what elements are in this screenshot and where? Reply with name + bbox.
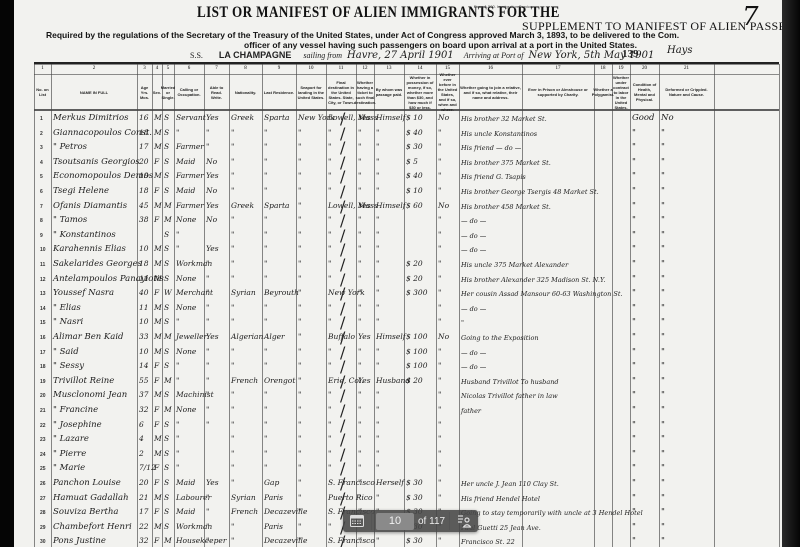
destination-cell: S. Francisco xyxy=(328,536,375,545)
sex-cell: M xyxy=(154,493,162,502)
relative-cell: Her uncle J. Jean 110 Clay St. xyxy=(461,480,559,488)
seaport-cell: " xyxy=(298,317,301,326)
page-number-input[interactable] xyxy=(376,513,414,530)
seaport-cell: " xyxy=(298,274,301,283)
sex-cell: M xyxy=(154,201,162,210)
marital-cell: S xyxy=(164,230,169,239)
paid-by-cell: " xyxy=(376,405,379,414)
deformed-cell: " xyxy=(661,507,665,517)
paid-by-cell: " xyxy=(376,303,379,312)
nationality-cell: " xyxy=(231,142,234,151)
row-number: 6 xyxy=(40,189,43,195)
paid-by-cell: " xyxy=(376,157,379,166)
name-cell: Musclonomi Jean xyxy=(53,390,127,400)
top-note: Hays xyxy=(667,45,692,56)
sex-cell: F xyxy=(154,376,159,385)
nationality-cell: French xyxy=(231,507,258,516)
age-cell: 18 xyxy=(139,186,149,195)
ticket-cell: Yes xyxy=(358,201,371,210)
previous-visit-cell: " xyxy=(438,478,441,487)
sex-cell: M xyxy=(154,128,162,137)
row-number: 20 xyxy=(40,393,46,399)
column-number: 6 xyxy=(174,66,204,71)
marital-cell: S xyxy=(164,128,169,137)
marital-cell: S xyxy=(164,113,169,122)
deformed-cell: " xyxy=(661,434,665,444)
marital-cell: S xyxy=(164,347,169,356)
health-cell: " xyxy=(632,390,636,400)
column-header: Whether going to join a relative, and if… xyxy=(460,77,521,107)
row-number: 16 xyxy=(40,335,46,341)
residence-cell: Paris xyxy=(264,522,283,531)
nationality-cell: " xyxy=(231,317,234,326)
health-cell: " xyxy=(632,361,636,371)
deformed-cell: " xyxy=(661,288,665,298)
deformed-cell: " xyxy=(661,128,665,138)
age-cell: 55 xyxy=(139,376,149,385)
ticket-cell: " xyxy=(358,347,361,356)
name-cell: Tsoutsanis Georgios xyxy=(53,157,140,167)
occupation-cell: None xyxy=(176,274,196,283)
ticket-cell: Yes xyxy=(358,376,371,385)
age-cell: 32 xyxy=(139,536,149,545)
thumbnails-button[interactable] xyxy=(347,512,367,530)
health-cell: " xyxy=(632,288,636,298)
deformed-cell: " xyxy=(661,536,665,546)
manifest-row: 19Trivillot Reine55FM""FrenchOrengot"Eri… xyxy=(34,375,779,390)
marital-cell: M xyxy=(164,215,172,224)
occupation-cell: " xyxy=(176,420,179,429)
age-cell: 10 xyxy=(139,244,149,253)
arriving-label: Arriving at Port of xyxy=(464,51,524,60)
column-header: Whether ever before in the United States… xyxy=(437,77,458,107)
occupation-cell: Jeweller xyxy=(176,332,207,341)
previous-visit-cell: " xyxy=(438,405,441,414)
seaport-cell: " xyxy=(298,215,301,224)
column-header: By whom was passage paid. xyxy=(375,77,403,107)
paid-by-cell: " xyxy=(376,288,379,297)
deformed-cell: " xyxy=(661,332,665,342)
money-cell: $ 100 xyxy=(406,361,427,370)
column-number: 17 xyxy=(522,66,594,71)
residence-cell: " xyxy=(264,303,267,312)
column-header: No. on List xyxy=(35,77,50,107)
money-cell: $ 20 xyxy=(406,376,423,385)
deformed-cell: " xyxy=(661,303,665,313)
health-cell: " xyxy=(632,244,636,254)
name-cell: " Lazare xyxy=(53,434,89,444)
scan-left-edge xyxy=(0,0,14,547)
health-cell: " xyxy=(632,420,636,430)
manifest-row: 6Tsegi Helene18FSMaidNo""""""$ 10"His br… xyxy=(34,185,779,200)
deformed-cell: " xyxy=(661,493,665,503)
sex-cell: M xyxy=(154,390,162,399)
marital-cell: S xyxy=(164,157,169,166)
nationality-cell: " xyxy=(231,128,234,137)
deformed-cell: " xyxy=(661,390,665,400)
column-header: Ever in Prison or Almshouse or supported… xyxy=(523,77,593,107)
relative-cell: His friend — do — xyxy=(461,144,521,152)
list-number: 139 xyxy=(622,48,639,60)
marital-cell: S xyxy=(164,507,169,516)
seaport-cell: " xyxy=(298,434,301,443)
marital-cell: M xyxy=(164,536,172,545)
name-cell: Giannacopoulos Const. xyxy=(53,128,152,138)
paid-by-cell: Herself xyxy=(376,478,404,487)
occupation-cell: Maid xyxy=(176,507,195,516)
destination-cell: " xyxy=(328,434,331,443)
row-number: 5 xyxy=(40,174,43,180)
row-number: 19 xyxy=(40,379,46,385)
manifest-row: 10Karahennis Elias10MS"Yes"""""""— do —"… xyxy=(34,243,779,258)
age-cell: 17 xyxy=(139,507,149,516)
seaport-cell: " xyxy=(298,332,301,341)
paid-by-cell: " xyxy=(376,390,379,399)
destination-cell: " xyxy=(328,420,331,429)
row-number: 28 xyxy=(40,510,46,516)
marital-cell: S xyxy=(164,171,169,180)
ticket-cell: " xyxy=(358,405,361,414)
health-cell: " xyxy=(632,522,636,532)
marital-cell: S xyxy=(164,478,169,487)
column-number: 19 xyxy=(612,66,630,71)
destination-cell: " xyxy=(328,274,331,283)
destination-cell: " xyxy=(328,405,331,414)
residence-cell: " xyxy=(264,274,267,283)
previous-visit-cell: " xyxy=(438,186,441,195)
money-cell: $ 5 xyxy=(406,157,418,166)
manifest-row: 11Sakelarides Georges18MSWorkman"""""""$… xyxy=(34,258,779,273)
age-cell: 16 xyxy=(139,113,149,122)
voyage-line: S.S. LA CHAMPAGNE sailing from Havre, 27… xyxy=(190,50,654,61)
previous-visit-cell: " xyxy=(438,376,441,385)
manifest-row: 26Panchon Louise20FSMaidYes"Gap"S. Franc… xyxy=(34,477,779,492)
ticket-cell: " xyxy=(358,536,361,545)
occupation-cell: Farmer xyxy=(176,201,204,210)
marital-cell: M xyxy=(164,332,172,341)
health-cell: " xyxy=(632,259,636,269)
literacy-cell: " xyxy=(206,128,209,137)
ticket-cell: " xyxy=(358,463,361,472)
sex-cell: F xyxy=(154,361,159,370)
health-cell: " xyxy=(632,347,636,357)
paid-by-cell: " xyxy=(376,259,379,268)
deformed-cell: " xyxy=(661,449,665,459)
marital-cell: S xyxy=(164,420,169,429)
age-cell: 18 xyxy=(139,259,149,268)
paid-by-cell: " xyxy=(376,449,379,458)
nationality-cell: " xyxy=(231,463,234,472)
seaport-cell: " xyxy=(298,259,301,268)
previous-visit-cell: " xyxy=(438,347,441,356)
column-header: Calling or Occupation. xyxy=(175,77,203,107)
column-number: 15 xyxy=(436,66,459,71)
paid-by-cell: " xyxy=(376,317,379,326)
health-cell: " xyxy=(632,463,636,473)
seaport-cell: " xyxy=(298,449,301,458)
marital-cell: S xyxy=(164,186,169,195)
deformed-cell: " xyxy=(661,186,665,196)
paid-by-cell: " xyxy=(376,420,379,429)
toolbar-separator xyxy=(449,512,450,530)
name-cell: Sakelarides Georges xyxy=(53,259,142,269)
name-cell: " Tamos xyxy=(53,215,87,225)
deformed-cell: " xyxy=(661,405,665,415)
name-cell: " Josephine xyxy=(53,420,102,430)
destination-cell: " xyxy=(328,259,331,268)
literacy-cell: No xyxy=(206,186,217,195)
destination-cell: " xyxy=(328,128,331,137)
ticket-cell: Yes xyxy=(358,113,371,122)
destination-cell: " xyxy=(328,186,331,195)
occupation-cell: None xyxy=(176,405,196,414)
residence-cell: " xyxy=(264,186,267,195)
destination-cell: " xyxy=(328,347,331,356)
paid-by-cell: " xyxy=(376,230,379,239)
destination-cell: " xyxy=(328,361,331,370)
marital-cell: S xyxy=(164,522,169,531)
column-number: 4 xyxy=(152,66,162,71)
nationality-cell: " xyxy=(231,347,234,356)
sex-cell: M xyxy=(154,434,162,443)
seaport-cell: " xyxy=(298,536,301,545)
seaport-cell: " xyxy=(298,405,301,414)
deformed-cell: " xyxy=(661,244,665,254)
age-cell: 10 xyxy=(139,347,149,356)
sex-cell: F xyxy=(154,478,159,487)
destination-cell: " xyxy=(328,244,331,253)
literacy-cell: " xyxy=(206,536,209,545)
residence-cell: " xyxy=(264,259,267,268)
nationality-cell: Greek xyxy=(231,113,254,122)
residence-cell: " xyxy=(264,142,267,151)
previous-visit-cell: No xyxy=(438,332,449,341)
money-cell: $ 100 xyxy=(406,332,427,341)
nationality-cell: " xyxy=(231,171,234,180)
paid-by-cell: " xyxy=(376,274,379,283)
literacy-cell: No xyxy=(206,215,217,224)
residence-cell: " xyxy=(264,171,267,180)
sex-cell: M xyxy=(154,332,162,341)
health-cell: " xyxy=(632,128,636,138)
row-number: 22 xyxy=(40,423,46,429)
health-cell: " xyxy=(632,171,636,181)
column-number: 21 xyxy=(659,66,714,71)
paid-by-cell: " xyxy=(376,493,379,502)
paid-by-cell: " xyxy=(376,128,379,137)
ticket-cell: " xyxy=(358,317,361,326)
required-line-1: Required by the regulations of the Secre… xyxy=(46,30,679,40)
column-number: 2 xyxy=(51,66,137,71)
previous-visit-cell: " xyxy=(438,274,441,283)
manifest-row: 17" Said10MSNone"""""""$ 100"— do —""/ xyxy=(34,346,779,361)
row-number: 14 xyxy=(40,306,46,312)
name-cell: Karahennis Elias xyxy=(53,244,126,254)
ticket-cell: " xyxy=(358,303,361,312)
nationality-cell: " xyxy=(231,536,234,545)
manifest-page-image: LIST OR MANIFEST OF ALIEN IMMIGRANTS FOR… xyxy=(12,0,782,547)
column-number: 8 xyxy=(229,66,262,71)
name-cell: " Marie xyxy=(53,463,85,473)
column-header: Final destination in the United States. … xyxy=(327,77,355,107)
destination-cell: " xyxy=(328,449,331,458)
row-number: 29 xyxy=(40,525,46,531)
sex-cell: M xyxy=(154,113,162,122)
column-number: 11 xyxy=(326,66,356,71)
row-number: 24 xyxy=(40,452,46,458)
sex-cell: M xyxy=(154,347,162,356)
deformed-cell: " xyxy=(661,201,665,211)
name-cell: Hamuat Gadallah xyxy=(53,493,129,503)
scan-right-edge xyxy=(782,0,800,547)
row-number: 11 xyxy=(40,262,45,268)
paid-by-cell: " xyxy=(376,347,379,356)
manifest-row: 13Youssef Nasra40FWMerchant"SyrianBeyrou… xyxy=(34,287,779,302)
column-number: 12 xyxy=(356,66,374,71)
money-cell: $ 60 xyxy=(406,201,423,210)
age-cell: 20 xyxy=(139,478,149,487)
previous-visit-cell: " xyxy=(438,449,441,458)
ticket-cell: " xyxy=(358,259,361,268)
ticket-cell: " xyxy=(358,390,361,399)
row-number: 15 xyxy=(40,320,46,326)
literacy-cell: " xyxy=(206,347,209,356)
occupation-cell: " xyxy=(176,244,179,253)
age-cell: 20 xyxy=(139,157,149,166)
manifest-row: 12Antelampoulos Panayiotis11MSNone""""""… xyxy=(34,273,779,288)
sailing-label: sailing from xyxy=(303,51,342,60)
marital-cell: S xyxy=(164,142,169,151)
column-header: Last Residence. xyxy=(263,77,295,107)
column-number: 1 xyxy=(34,66,51,71)
column-header: Age Yrs. Mos. xyxy=(138,77,151,107)
previous-visit-cell: " xyxy=(438,244,441,253)
seaport-cell: " xyxy=(298,376,301,385)
relative-cell: — do — xyxy=(461,349,486,357)
previous-visit-cell: " xyxy=(438,536,441,545)
deformed-cell: " xyxy=(661,478,665,488)
deformed-cell: " xyxy=(661,361,665,371)
ticket-cell: " xyxy=(358,288,361,297)
literacy-cell: " xyxy=(206,376,209,385)
occupation-cell: " xyxy=(176,376,179,385)
header-divider xyxy=(34,64,779,65)
relative-cell: His brother 32 Market St. xyxy=(461,115,547,123)
column-header: Whether having a ticket to such final de… xyxy=(357,77,373,107)
health-cell: " xyxy=(632,478,636,488)
relative-cell: Francisco St. 22 xyxy=(461,538,515,546)
relative-cell: Husband Trivillot To husband xyxy=(461,378,559,386)
deformed-cell: " xyxy=(661,317,665,327)
nationality-cell: " xyxy=(231,230,234,239)
deformed-cell: " xyxy=(661,142,665,152)
nationality-cell: " xyxy=(231,186,234,195)
seaport-cell: " xyxy=(298,478,301,487)
relative-cell: Nicolas Trivillot father in law xyxy=(461,392,558,400)
money-cell: $ 20 xyxy=(406,259,423,268)
previous-visit-cell: " xyxy=(438,361,441,370)
paid-by-cell: " xyxy=(376,215,379,224)
ticket-cell: " xyxy=(358,449,361,458)
column-header: Nationality. xyxy=(230,77,261,107)
manifest-row: 30Pons Justine32FMHousekeeper""Decazevil… xyxy=(34,535,779,547)
residence-cell: Orengot xyxy=(264,376,295,385)
paid-by-cell: Himself xyxy=(376,332,406,341)
sex-cell: F xyxy=(154,288,159,297)
seaport-cell: " xyxy=(298,171,301,180)
manifest-row: 2Giannacopoulos Const.18MS""""""""$ 40"H… xyxy=(34,127,779,142)
nationality-cell: " xyxy=(231,420,234,429)
manifest-row: 27Hamuat Gadallah21MSLabourer"SyrianPari… xyxy=(34,492,779,507)
page-mark: 7 xyxy=(742,2,759,32)
row-number: 23 xyxy=(40,437,46,443)
age-cell: 21 xyxy=(139,493,149,502)
sex-cell: M xyxy=(154,449,162,458)
column-number: 3 xyxy=(137,66,152,71)
paid-by-cell: " xyxy=(376,244,379,253)
column-number: 9 xyxy=(262,66,296,71)
seaport-cell: " xyxy=(298,493,301,502)
row-number: 30 xyxy=(40,539,46,545)
relative-cell: — do — xyxy=(461,217,486,225)
name-cell: Merkus Dimitrios xyxy=(53,113,128,123)
column-header: Married or Single. xyxy=(163,77,173,107)
ticket-cell: " xyxy=(358,478,361,487)
age-cell: 40 xyxy=(139,288,149,297)
column-header: Whether under contract to labor in the U… xyxy=(613,77,629,107)
money-cell: $ 30 xyxy=(406,142,423,151)
age-cell: 22 xyxy=(139,522,149,531)
residence-cell: " xyxy=(264,420,267,429)
name-cell: Pons Justine xyxy=(53,536,106,546)
literacy-cell: " xyxy=(206,288,209,297)
seaport-cell: " xyxy=(298,244,301,253)
health-cell: " xyxy=(632,142,636,152)
sex-cell: F xyxy=(154,420,159,429)
destination-cell: " xyxy=(328,390,331,399)
row-number: 10 xyxy=(40,247,46,253)
manifest-row: 8" Tamos38FMNoneNo"""""""— do —""/ xyxy=(34,214,779,229)
residence-cell: " xyxy=(264,347,267,356)
previous-visit-cell: " xyxy=(438,463,441,472)
residence-cell: " xyxy=(264,244,267,253)
nationality-cell: " xyxy=(231,449,234,458)
destination-cell: S. Francisco xyxy=(328,478,375,487)
age-cell: 11 xyxy=(139,303,149,312)
money-cell: $ 300 xyxy=(406,288,427,297)
health-cell: Good xyxy=(632,113,654,123)
residence-cell: " xyxy=(264,361,267,370)
manifest-row: 21" Francine32FMNone""""""""father""/ xyxy=(34,404,779,419)
paid-by-cell: " xyxy=(376,536,379,545)
deformed-cell: " xyxy=(661,274,665,284)
seaport-cell: " xyxy=(298,230,301,239)
name-cell: Alimar Ben Kaid xyxy=(53,332,124,342)
occupation-cell: " xyxy=(176,317,179,326)
health-cell: " xyxy=(632,201,636,211)
sex-cell: M xyxy=(154,259,162,268)
page-navigation-toolbar: of 117 xyxy=(343,510,478,532)
ticket-cell: " xyxy=(358,186,361,195)
age-cell: 19 xyxy=(139,171,149,180)
health-cell: " xyxy=(632,157,636,167)
list-person-icon xyxy=(457,514,471,528)
row-number: 17 xyxy=(40,350,46,356)
check-mark: / xyxy=(340,532,345,547)
index-people-button[interactable] xyxy=(454,512,474,530)
marital-cell: S xyxy=(164,493,169,502)
previous-visit-cell: " xyxy=(438,390,441,399)
